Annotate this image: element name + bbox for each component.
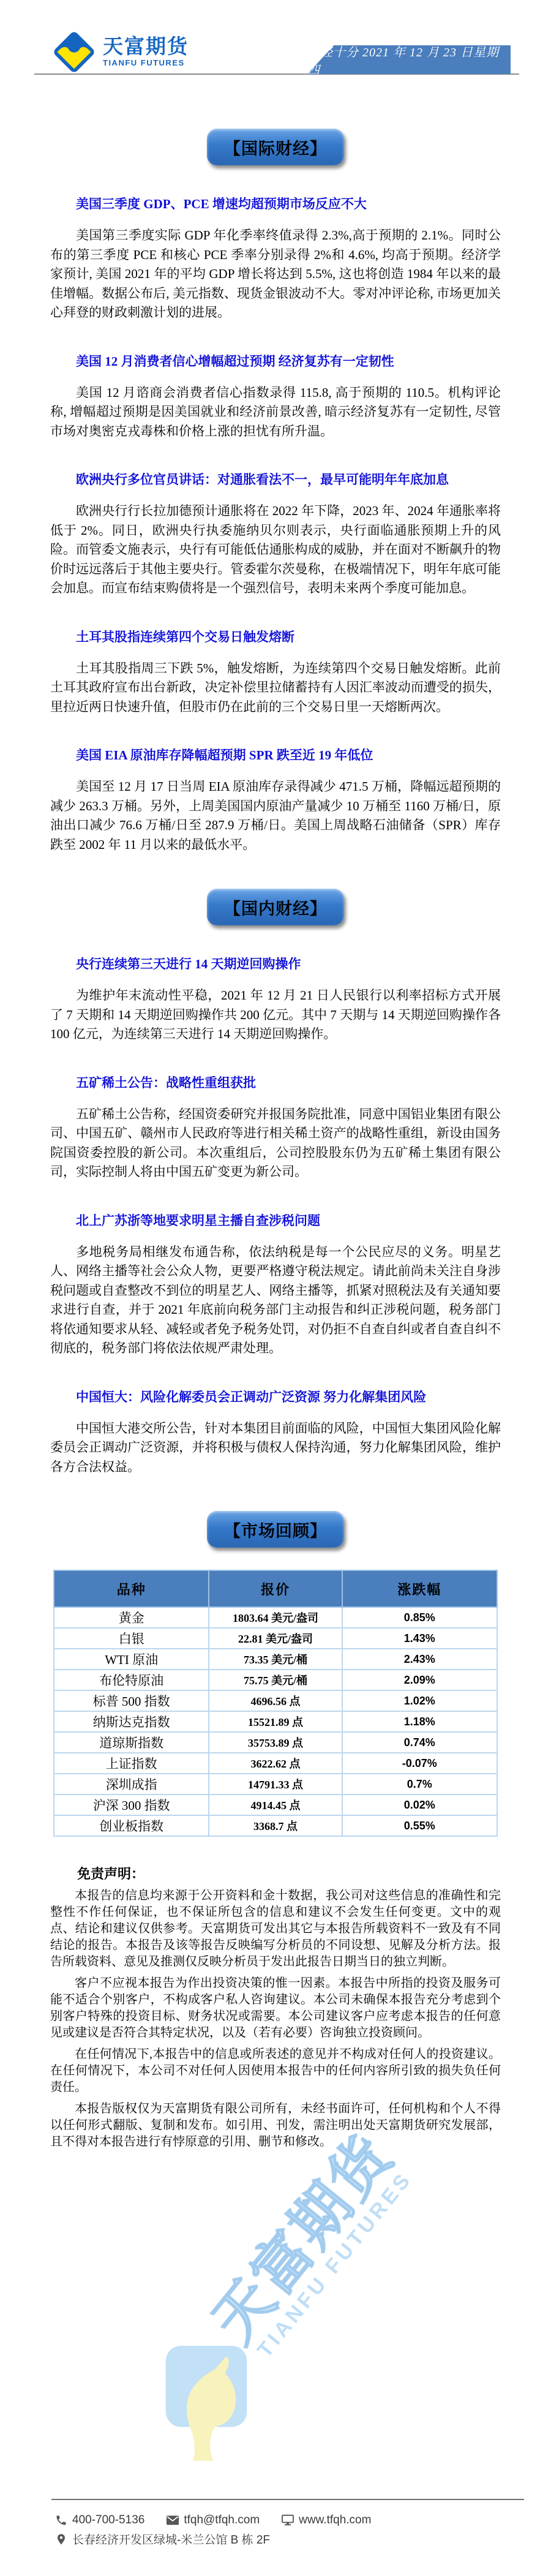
instrument-cell: WTI 原油: [54, 1649, 209, 1670]
price-cell: 75.75 美元/桶: [209, 1670, 342, 1690]
article-body: 土耳其股指周三下跌 5%，触发熔断，为连续第四个交易日触发熔断。此前土耳其政府宣…: [50, 659, 501, 717]
market-table-row: 深圳成指14791.33 点0.7%: [54, 1774, 497, 1795]
change-cell: 0.7%: [342, 1774, 497, 1795]
newsletter-page: 天富期货 TIANFU FUTURES 天富期货 TIANFU FUTURES: [0, 0, 551, 2576]
company-logo-text: 天富期货 TIANFU FUTURES: [103, 37, 189, 67]
instrument-cell: 创业板指数: [54, 1815, 209, 1836]
instrument-cell: 标普 500 指数: [54, 1690, 209, 1711]
article: 土耳其股指连续第四个交易日触发熔断 土耳其股指周三下跌 5%，触发熔断，为连续第…: [50, 628, 501, 717]
table-header-row: 品种 报价 涨跌幅: [54, 1570, 497, 1607]
article-heading: 美国 EIA 原油库存降幅超预期 SPR 跌至近 19 年低位: [50, 746, 501, 765]
company-name-en: TIANFU FUTURES: [103, 58, 189, 67]
instrument-cell: 道琼斯指数: [54, 1732, 209, 1753]
market-table-row: 沪深 300 指数4914.45 点0.02%: [54, 1795, 497, 1815]
instrument-cell: 纳斯达克指数: [54, 1711, 209, 1732]
article: 美国 EIA 原油库存降幅超预期 SPR 跌至近 19 年低位 美国至 12 月…: [50, 746, 501, 854]
market-table-row: 创业板指数3368.7 点0.55%: [54, 1815, 497, 1836]
article-body: 欧洲央行行长拉加德预计通胀将在 2022 年下降，2023 年、2024 年通胀…: [50, 502, 501, 598]
instrument-cell: 黄金: [54, 1607, 209, 1628]
company-logo: 天富期货 TIANFU FUTURES: [51, 29, 189, 75]
article-heading: 北上广苏浙等地要求明星主播自查涉税问题: [50, 1211, 501, 1230]
newsletter-content: 【国际财经】 美国三季度 GDP、PCE 增速均超预期市场反应不大 美国第三季度…: [0, 129, 551, 2150]
market-table-row: 纳斯达克指数15521.89 点1.18%: [54, 1711, 497, 1732]
article-body: 为维护年末流动性平稳，2021 年 12 月 21 日人民银行以利率招标方式开展…: [50, 986, 501, 1044]
address-contact: 长春经济开发区绿城-米兰公馆 B 栋 2F: [55, 2531, 270, 2547]
watermark-logo-icon: [164, 2343, 249, 2463]
phone-icon: [55, 2514, 67, 2526]
instrument-cell: 布伦特原油: [54, 1670, 209, 1690]
date-banner: 财经十分 2021 年 12 月 23 日星期四: [307, 45, 511, 74]
contact-row-primary: 400-700-5136 tfqh@tfqh.com www.tfqh.com: [55, 2514, 514, 2527]
company-logo-icon: [51, 29, 97, 75]
market-review-table: 品种 报价 涨跌幅 黄金1803.64 美元/盎司0.85%白银22.81 美元…: [53, 1570, 498, 1837]
change-cell: 0.74%: [342, 1732, 497, 1753]
location-pin-icon: [55, 2533, 67, 2545]
section-button-market-review: 【市场回顾】: [207, 1511, 344, 1548]
phone-contact: 400-700-5136: [55, 2514, 144, 2527]
article-heading: 欧洲央行多位官员讲话：对通胀看法不一，最早可能明年年底加息: [50, 470, 501, 489]
market-table-row: 黄金1803.64 美元/盎司0.85%: [54, 1607, 497, 1628]
price-cell: 22.81 美元/盎司: [209, 1628, 342, 1649]
header: 天富期货 TIANFU FUTURES 财经十分 2021 年 12 月 23 …: [0, 0, 551, 75]
article-body: 五矿稀土公告称，经国资委研究并报国务院批准，同意中国铝业集团有限公司、中国五矿、…: [50, 1105, 501, 1182]
disclaimer-paragraph: 在任何情况下,本报告中的信息或所表述的意见并不构成对任何人的投资建议。在任何情况…: [50, 2046, 501, 2096]
article-body: 中国恒大港交所公告，针对本集团目前面临的风险，中国恒大集团风险化解委员会正调动广…: [50, 1419, 501, 1477]
article: 央行连续第三天进行 14 天期逆回购操作 为维护年末流动性平稳，2021 年 1…: [50, 955, 501, 1044]
change-cell: -0.07%: [342, 1753, 497, 1774]
price-cell: 3368.7 点: [209, 1815, 342, 1836]
disclaimer-paragraph: 本报告的信息均来源于公开资料和金十数据，我公司对这些信息的准确性和完整性不作任何…: [50, 1888, 501, 1970]
article: 美国三季度 GDP、PCE 增速均超预期市场反应不大 美国第三季度实际 GDP …: [50, 195, 501, 323]
article-heading: 五矿稀土公告：战略性重组获批: [50, 1074, 501, 1093]
instrument-cell: 白银: [54, 1628, 209, 1649]
price-cell: 4914.45 点: [209, 1795, 342, 1815]
price-cell: 15521.89 点: [209, 1711, 342, 1732]
website-url: www.tfqh.com: [299, 2514, 371, 2527]
article: 美国 12 月消费者信心增幅超过预期 经济复苏有一定韧性 美国 12 月谘商会消…: [50, 352, 501, 442]
price-cell: 1803.64 美元/盎司: [209, 1607, 342, 1628]
market-table-body: 黄金1803.64 美元/盎司0.85%白银22.81 美元/盎司1.43%WT…: [54, 1607, 497, 1836]
instrument-cell: 上证指数: [54, 1753, 209, 1774]
email-contact: tfqh@tfqh.com: [167, 2514, 260, 2527]
disclaimer-title: 免责声明：: [50, 1864, 501, 1883]
market-table-row: 标普 500 指数4696.56 点1.02%: [54, 1690, 497, 1711]
article-heading: 央行连续第三天进行 14 天期逆回购操作: [50, 955, 501, 974]
disclaimer-paragraph: 本报告版权仅为天富期货有限公司所有，未经书面许可，任何机构和个人不得以任何形式翻…: [50, 2101, 501, 2150]
article-heading: 土耳其股指连续第四个交易日触发熔断: [50, 628, 501, 647]
article: 中国恒大：风险化解委员会正调动广泛资源 努力化解集团风险 中国恒大港交所公告，针…: [50, 1388, 501, 1477]
phone-number: 400-700-5136: [72, 2514, 144, 2527]
email-icon: [167, 2514, 179, 2526]
article-heading: 中国恒大：风险化解委员会正调动广泛资源 努力化解集团风险: [50, 1388, 501, 1407]
article-body: 美国 12 月谘商会消费者信心指数录得 115.8, 高于预期的 110.5。机…: [50, 383, 501, 442]
monitor-icon: [282, 2514, 294, 2526]
article-body: 美国至 12 月 17 日当周 EIA 原油库存录得减少 471.5 万桶，降幅…: [50, 777, 501, 854]
disclaimer-paragraph: 客户不应视本报告为作出投资决策的惟一因素。本报告中所指的投资及服务可能不适合个别…: [50, 1975, 501, 2041]
email-address: tfqh@tfqh.com: [184, 2514, 260, 2527]
market-table-row: WTI 原油73.35 美元/桶2.43%: [54, 1649, 497, 1670]
change-cell: 0.55%: [342, 1815, 497, 1836]
contact-row-address: 长春经济开发区绿城-米兰公馆 B 栋 2F: [55, 2531, 514, 2547]
article: 北上广苏浙等地要求明星主播自查涉税问题 多地税务局相继发布通告称，依法纳税是每一…: [50, 1211, 501, 1358]
change-cell: 0.85%: [342, 1607, 497, 1628]
article-heading: 美国 12 月消费者信心增幅超过预期 经济复苏有一定韧性: [50, 352, 501, 371]
column-header-price: 报价: [209, 1570, 342, 1607]
website-contact: www.tfqh.com: [282, 2514, 371, 2527]
price-cell: 4696.56 点: [209, 1690, 342, 1711]
footer: 400-700-5136 tfqh@tfqh.com www.tfqh.com …: [55, 2510, 514, 2547]
footer-divider: [51, 2499, 524, 2500]
market-table-row: 布伦特原油75.75 美元/桶2.09%: [54, 1670, 497, 1690]
change-cell: 1.18%: [342, 1711, 497, 1732]
market-table-row: 白银22.81 美元/盎司1.43%: [54, 1628, 497, 1649]
section-button-international: 【国际财经】: [207, 129, 344, 165]
price-cell: 3622.62 点: [209, 1753, 342, 1774]
instrument-cell: 深圳成指: [54, 1774, 209, 1795]
market-table-row: 道琼斯指数35753.89 点0.74%: [54, 1732, 497, 1753]
watermark-en-text: TIANFU FUTURES: [210, 2114, 460, 2415]
article: 欧洲央行多位官员讲话：对通胀看法不一，最早可能明年年底加息 欧洲央行行长拉加德预…: [50, 470, 501, 598]
instrument-cell: 沪深 300 指数: [54, 1795, 209, 1815]
column-header-instrument: 品种: [54, 1570, 209, 1607]
price-cell: 35753.89 点: [209, 1732, 342, 1753]
article-body: 多地税务局相继发布通告称，依法纳税是每一个公民应尽的义务。明星艺人、网络主播等社…: [50, 1243, 501, 1358]
company-name-cn: 天富期货: [103, 37, 189, 58]
change-cell: 1.02%: [342, 1690, 497, 1711]
article-body: 美国第三季度实际 GDP 年化季率终值录得 2.3%,高于预期的 2.1%。同时…: [50, 226, 501, 323]
column-header-change: 涨跌幅: [342, 1570, 497, 1607]
change-cell: 2.09%: [342, 1670, 497, 1690]
price-cell: 14791.33 点: [209, 1774, 342, 1795]
change-cell: 1.43%: [342, 1628, 497, 1649]
change-cell: 0.02%: [342, 1795, 497, 1815]
section-button-domestic: 【国内财经】: [207, 889, 344, 925]
article: 五矿稀土公告：战略性重组获批 五矿稀土公告称，经国资委研究并报国务院批准，同意中…: [50, 1074, 501, 1182]
change-cell: 2.43%: [342, 1649, 497, 1670]
market-table-row: 上证指数3622.62 点-0.07%: [54, 1753, 497, 1774]
price-cell: 73.35 美元/桶: [209, 1649, 342, 1670]
address-text: 长春经济开发区绿城-米兰公馆 B 栋 2F: [72, 2531, 270, 2547]
article-heading: 美国三季度 GDP、PCE 增速均超预期市场反应不大: [50, 195, 501, 214]
